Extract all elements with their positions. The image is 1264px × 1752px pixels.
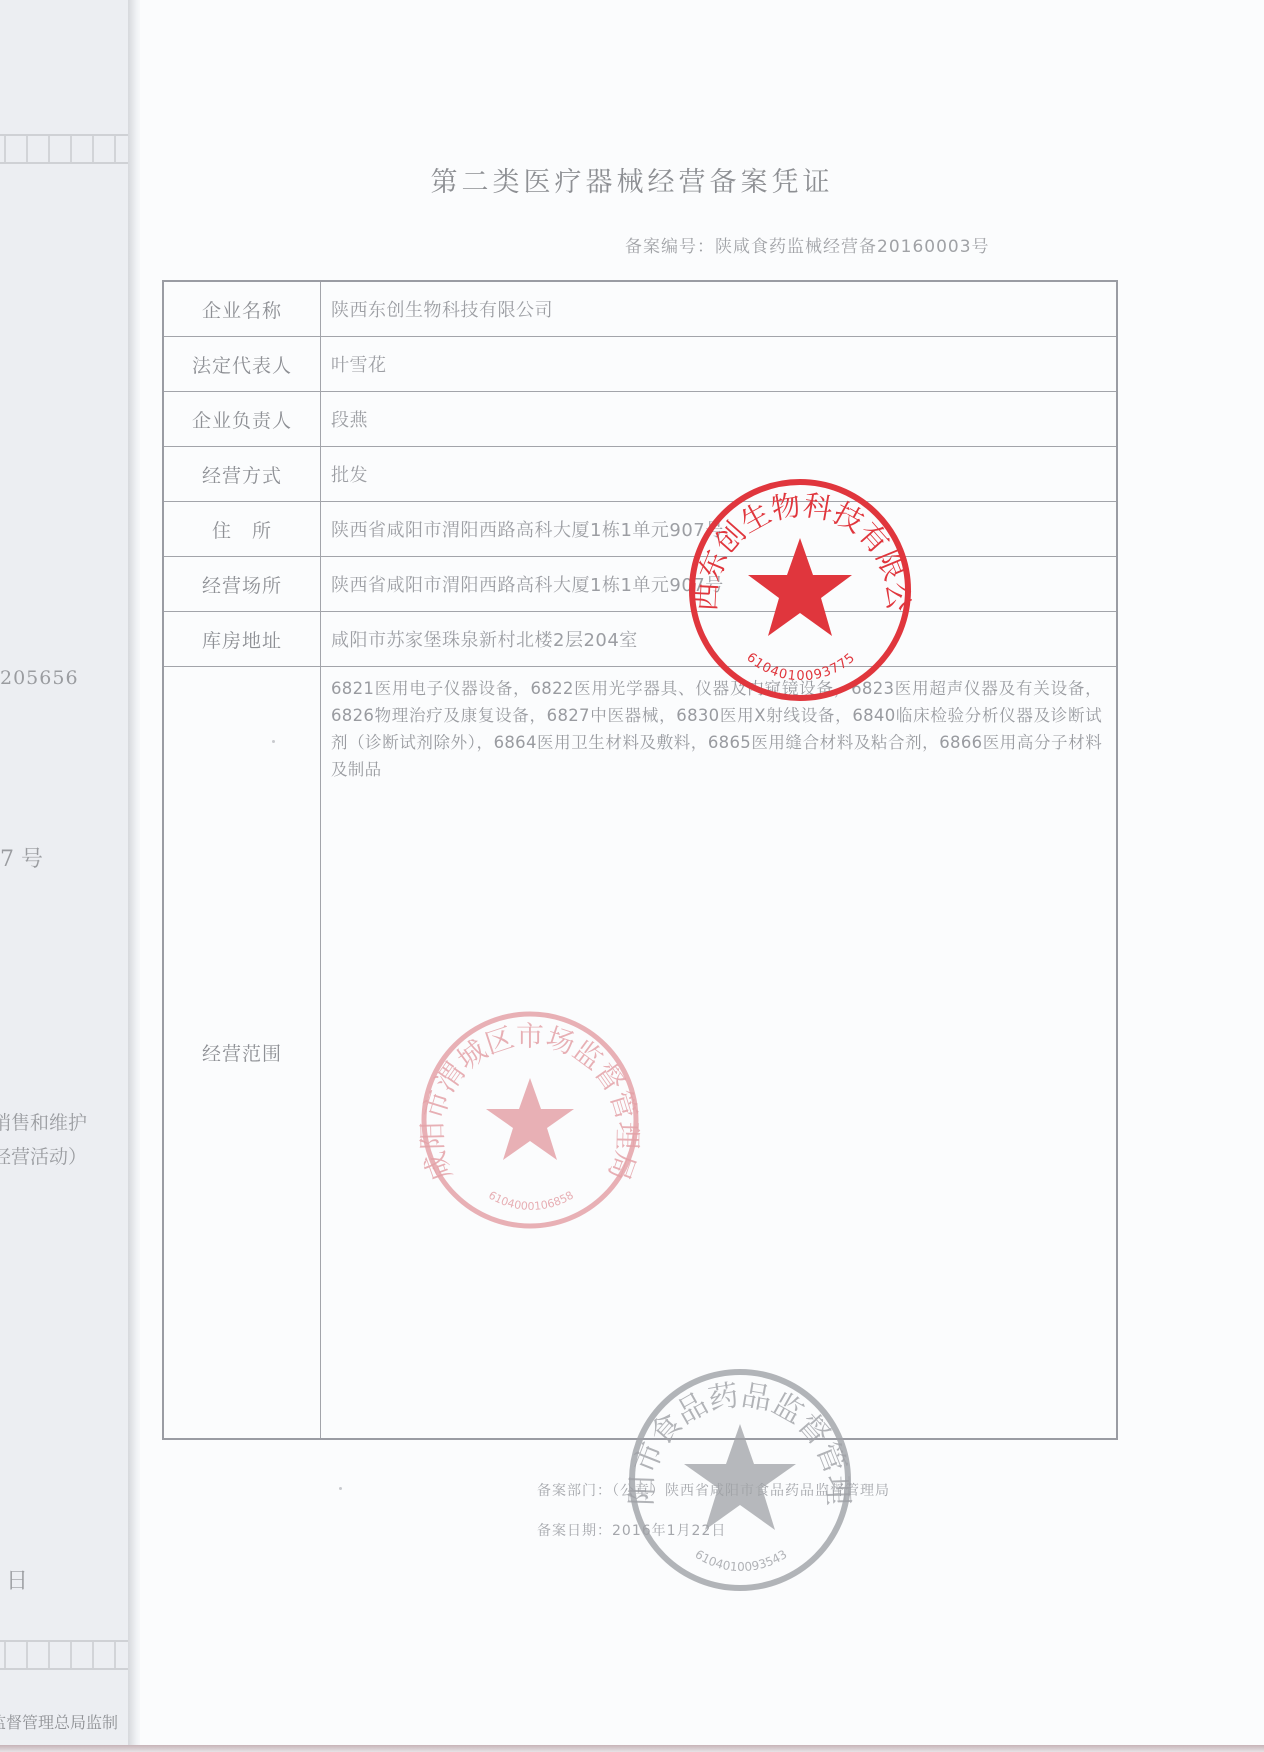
table-row: 企业名称 陕西东创生物科技有限公司 [163, 281, 1117, 337]
company-seal-stamp: 陕西东创生物科技有限公司 6104010093775 [680, 470, 920, 710]
seal-code: 6104010093543 [693, 1547, 790, 1574]
left-page-fragment: 销售和维护 [0, 1108, 87, 1135]
left-underlying-page: 205656 7 号 销售和维护 经营活动） 日 监督管理总局监制 [0, 0, 140, 1740]
certificate-table: 企业名称 陕西东创生物科技有限公司 法定代表人 叶雪花 企业负责人 段燕 经营方… [162, 280, 1118, 1440]
left-page-fragment: 日 [6, 1564, 28, 1595]
row-label-business-scope: 经营范围 [163, 667, 321, 1440]
star-icon [748, 538, 852, 636]
left-page-fragment: 7 号 [0, 842, 43, 873]
seal-code: 6104000106858 [486, 1189, 576, 1213]
left-page-fragment: 经营活动） [0, 1142, 87, 1169]
filing-number: 备案编号：陕咸食药监械经营备20160003号 [625, 232, 990, 257]
star-icon [486, 1078, 574, 1160]
star-icon [684, 1424, 796, 1530]
left-page-fragment: 监督管理总局监制 [0, 1710, 118, 1733]
row-value-legal-representative: 叶雪花 [321, 337, 1118, 392]
row-label-company-name: 企业名称 [163, 281, 321, 337]
table-row: 库房地址 咸阳市苏家堡珠泉新村北楼2层204室 [163, 612, 1117, 667]
row-label-warehouse-address: 库房地址 [163, 612, 321, 667]
seal-code: 6104010093775 [743, 650, 858, 684]
document-title: 第二类医疗器械经营备案凭证 [0, 160, 1264, 199]
fda-seal-stamp: 咸阳市食品药品监督管理局 6104010093543 [620, 1360, 860, 1600]
table-row: 企业负责人 段燕 [163, 392, 1117, 447]
row-value-person-in-charge: 段燕 [321, 392, 1118, 447]
row-value-company-name: 陕西东创生物科技有限公司 [321, 281, 1118, 337]
row-label-legal-representative: 法定代表人 [163, 337, 321, 392]
row-label-business-mode: 经营方式 [163, 447, 321, 502]
speck [339, 1487, 342, 1490]
left-page-border [0, 132, 131, 1672]
row-label-person-in-charge: 企业负责人 [163, 392, 321, 447]
market-supervision-seal-stamp: 咸阳市渭城区市场监督管理局 6104000106858 [410, 1000, 650, 1240]
table-row: 经营方式 批发 [163, 447, 1117, 502]
row-label-business-premises: 经营场所 [163, 557, 321, 612]
left-page-fragment: 205656 [0, 667, 79, 689]
table-row: 住 所 陕西省咸阳市渭阳西路高科大厦1栋1单元907号 [163, 502, 1117, 557]
left-page-fret-bottom [0, 1640, 130, 1670]
table-row: 经营场所 陕西省咸阳市渭阳西路高科大厦1栋1单元907号 [163, 557, 1117, 612]
row-label-domicile: 住 所 [163, 502, 321, 557]
table-row: 法定代表人 叶雪花 [163, 337, 1117, 392]
page-bottom-edge [0, 1745, 1264, 1752]
speck [272, 740, 275, 743]
